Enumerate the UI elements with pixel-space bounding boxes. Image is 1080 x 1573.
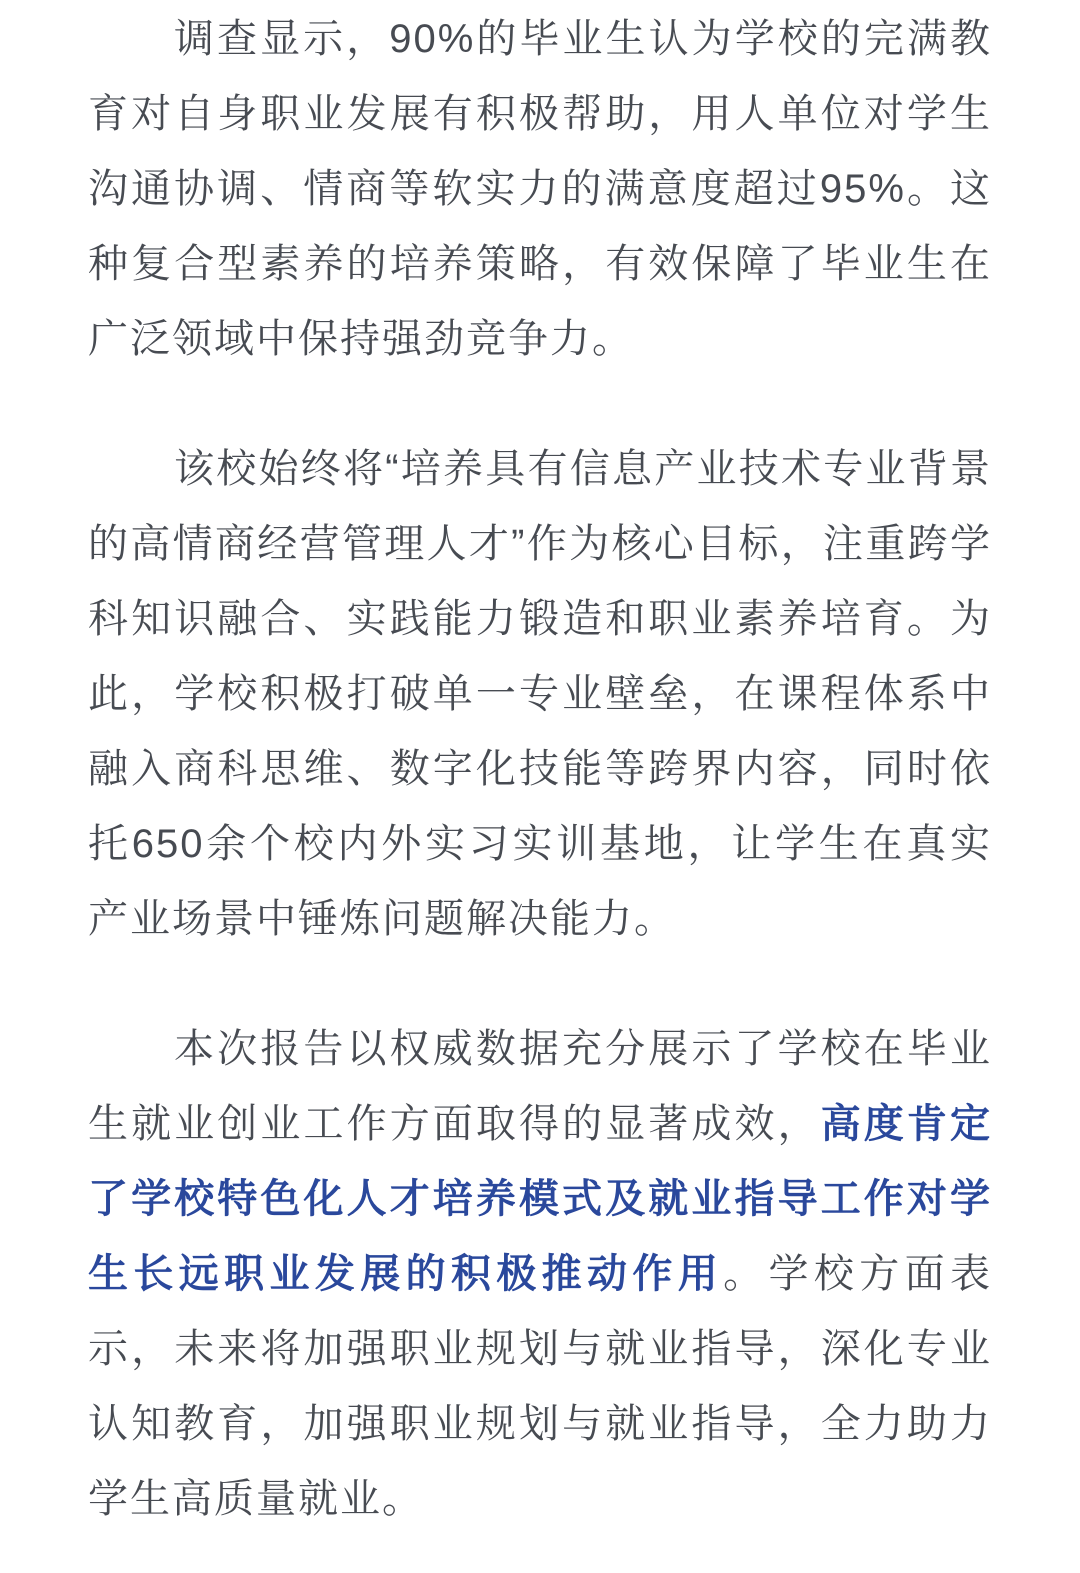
text-line: 沟通协调、情商等软实力的满意度超过95%。这 [88, 152, 992, 227]
text-line: 此，学校积极打破单一专业壁垒，在课程体系中 [88, 657, 992, 732]
text-segment: 产业场景中锤炼问题解决能力。 [88, 897, 676, 941]
text-segment: 育对自身职业发展有积极帮助，用人单位对学生 [88, 92, 992, 136]
text-line: 本次报告以权威数据充分展示了学校在毕业 [88, 1012, 992, 1087]
text-line: 生就业创业工作方面取得的显著成效，高度肯定 [88, 1087, 992, 1162]
text-line: 广泛领域中保持强劲竞争力。 [88, 302, 992, 377]
text-line: 生长远职业发展的积极推动作用。学校方面表 [88, 1237, 992, 1312]
text-line: 的高情商经营管理人才”作为核心目标，注重跨学 [88, 507, 992, 582]
text-line: 产业场景中锤炼问题解决能力。 [88, 882, 992, 957]
text-line: 该校始终将“培养具有信息产业技术专业背景 [88, 432, 992, 507]
text-segment: 科知识融合、实践能力锻造和职业素养培育。为 [88, 597, 992, 641]
text-segment: 示，未来将加强职业规划与就业指导，深化专业 [88, 1327, 992, 1371]
text-segment: 该校始终将“培养具有信息产业技术专业背景 [174, 447, 992, 491]
text-line: 示，未来将加强职业规划与就业指导，深化专业 [88, 1312, 992, 1387]
highlighted-text: 生长远职业发展的积极推动作用 [88, 1252, 723, 1296]
text-line: 学生高质量就业。 [88, 1462, 992, 1537]
article-body: 调查显示，90%的毕业生认为学校的完满教育对自身职业发展有积极帮助，用人单位对学… [0, 0, 1080, 1537]
text-segment: 学生高质量就业。 [88, 1477, 424, 1521]
text-segment: 的高情商经营管理人才”作为核心目标，注重跨学 [88, 522, 992, 566]
text-line: 了学校特色化人才培养模式及就业指导工作对学 [88, 1162, 992, 1237]
highlighted-text: 了学校特色化人才培养模式及就业指导工作对学 [88, 1177, 992, 1221]
text-segment: 此，学校积极打破单一专业壁垒，在课程体系中 [88, 672, 992, 716]
text-line: 托650余个校内外实习实训基地，让学生在真实 [88, 807, 992, 882]
text-segment: 调查显示，90%的毕业生认为学校的完满教 [174, 17, 992, 61]
text-segment: 。学校方面表 [723, 1252, 992, 1296]
text-segment: 融入商科思维、数字化技能等跨界内容，同时依 [88, 747, 992, 791]
paragraph: 该校始终将“培养具有信息产业技术专业背景的高情商经营管理人才”作为核心目标，注重… [88, 432, 992, 957]
paragraph: 调查显示，90%的毕业生认为学校的完满教育对自身职业发展有积极帮助，用人单位对学… [88, 2, 992, 377]
text-segment: 沟通协调、情商等软实力的满意度超过95%。这 [88, 167, 992, 211]
text-line: 科知识融合、实践能力锻造和职业素养培育。为 [88, 582, 992, 657]
text-line: 种复合型素养的培养策略，有效保障了毕业生在 [88, 227, 992, 302]
text-line: 育对自身职业发展有积极帮助，用人单位对学生 [88, 77, 992, 152]
text-line: 融入商科思维、数字化技能等跨界内容，同时依 [88, 732, 992, 807]
text-segment: 种复合型素养的培养策略，有效保障了毕业生在 [88, 242, 992, 286]
text-line: 认知教育，加强职业规划与就业指导，全力助力 [88, 1387, 992, 1462]
text-segment: 广泛领域中保持强劲竞争力。 [88, 317, 634, 361]
text-segment: 认知教育，加强职业规划与就业指导，全力助力 [88, 1402, 992, 1446]
text-segment: 生就业创业工作方面取得的显著成效， [88, 1102, 821, 1146]
text-segment: 本次报告以权威数据充分展示了学校在毕业 [174, 1027, 992, 1071]
text-segment: 托650余个校内外实习实训基地，让学生在真实 [88, 822, 992, 866]
highlighted-text: 高度肯定 [821, 1102, 992, 1146]
paragraph: 本次报告以权威数据充分展示了学校在毕业生就业创业工作方面取得的显著成效，高度肯定… [88, 1012, 992, 1537]
text-line: 调查显示，90%的毕业生认为学校的完满教 [88, 2, 992, 77]
